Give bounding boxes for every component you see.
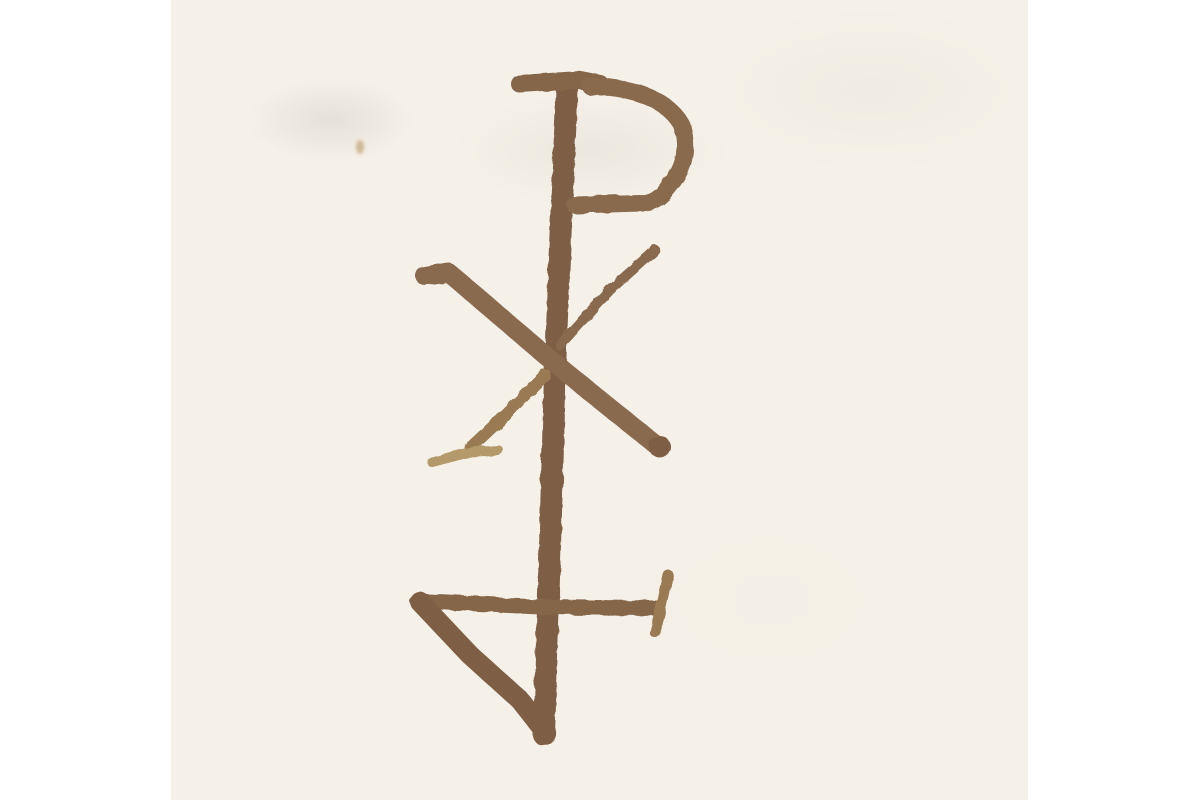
rho-stem: [544, 90, 567, 735]
cross-bar-end: [655, 575, 668, 632]
chi-stroke-1: [425, 272, 660, 448]
chi-stroke-2-upper: [560, 250, 655, 345]
cross-bar: [418, 601, 655, 608]
chi-knob: [649, 436, 671, 458]
chi-rho-monogram-icon: [0, 0, 1200, 800]
chi-serif: [432, 450, 498, 462]
chi-stroke-2-lower: [470, 375, 545, 448]
rho-bowl: [575, 86, 685, 205]
triangle-diagonal: [420, 602, 542, 728]
